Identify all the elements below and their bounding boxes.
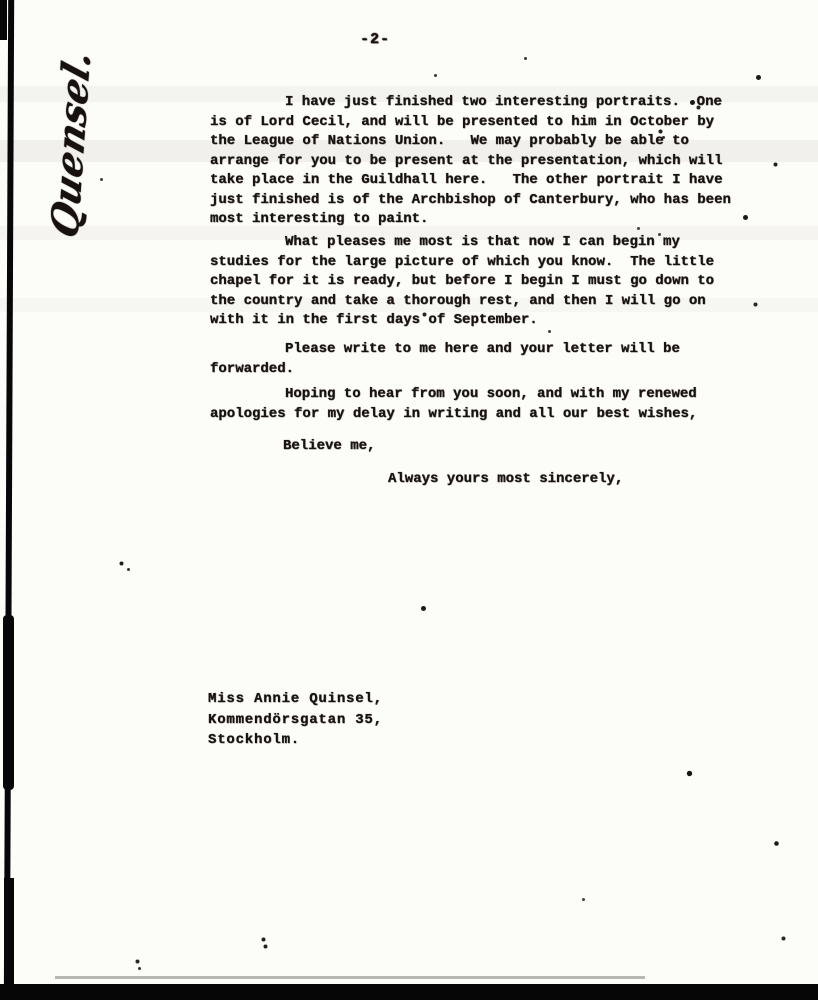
letter-line: apologies for my delay in writing and al… xyxy=(210,405,770,425)
letter-line: Hoping to hear from you soon, and with m… xyxy=(210,385,770,405)
letter-line: take place in the Guildhall here. The ot… xyxy=(210,171,770,191)
letter-line: chapel for it is ready, but before I beg… xyxy=(210,272,770,292)
letter-line: What pleases me most is that now I can b… xyxy=(210,233,770,253)
letter-line: the country and take a thorough rest, an… xyxy=(210,292,770,312)
letter-line: arrange for you to be present at the pre… xyxy=(210,152,770,172)
recipient-line: Stockholm. xyxy=(208,730,383,751)
letter-paragraph-3: Please write to me here and your letter … xyxy=(210,340,770,379)
scan-edge-left xyxy=(4,0,14,1000)
margin-annotation-handwriting: Quensel. xyxy=(42,37,103,252)
scan-edge-bottom xyxy=(0,984,818,1000)
scan-edge-top-left-blob xyxy=(0,0,7,40)
letter-line: with it in the first days of September. xyxy=(210,311,770,331)
letter-line: I have just finished two interesting por… xyxy=(210,93,770,113)
letter-line: just finished is of the Archbishop of Ca… xyxy=(210,191,770,211)
closing-intro: Believe me, xyxy=(283,437,375,457)
recipient-line: Miss Annie Quinsel, xyxy=(208,689,383,710)
letter-paragraph-2: What pleases me most is that now I can b… xyxy=(210,233,770,331)
scan-edge-left-bulge xyxy=(3,615,14,790)
letter-line: is of Lord Cecil, and will be presented … xyxy=(210,113,770,133)
letter-line: most interesting to paint. xyxy=(210,210,770,230)
letter-paragraph-1: I have just finished two interesting por… xyxy=(210,93,770,230)
letter-line: Please write to me here and your letter … xyxy=(210,340,770,360)
scan-edge-bottom-shadow xyxy=(55,976,645,979)
letter-paragraph-4: Hoping to hear from you soon, and with m… xyxy=(210,385,770,424)
recipient-line: Kommendörsgatan 35, xyxy=(208,710,383,731)
scan-edge-left-bulge xyxy=(4,878,14,1000)
letter-line: studies for the large picture of which y… xyxy=(210,253,770,273)
letter-line: the League of Nations Union. We may prob… xyxy=(210,132,770,152)
closing-valediction: Always yours most sincerely, xyxy=(388,470,623,490)
page-number: -2- xyxy=(360,30,390,50)
letter-line: forwarded. xyxy=(210,360,770,380)
scanned-letter-page: -2- Quensel. I have just finished two in… xyxy=(0,0,818,1000)
recipient-address: Miss Annie Quinsel, Kommendörsgatan 35, … xyxy=(208,689,383,751)
